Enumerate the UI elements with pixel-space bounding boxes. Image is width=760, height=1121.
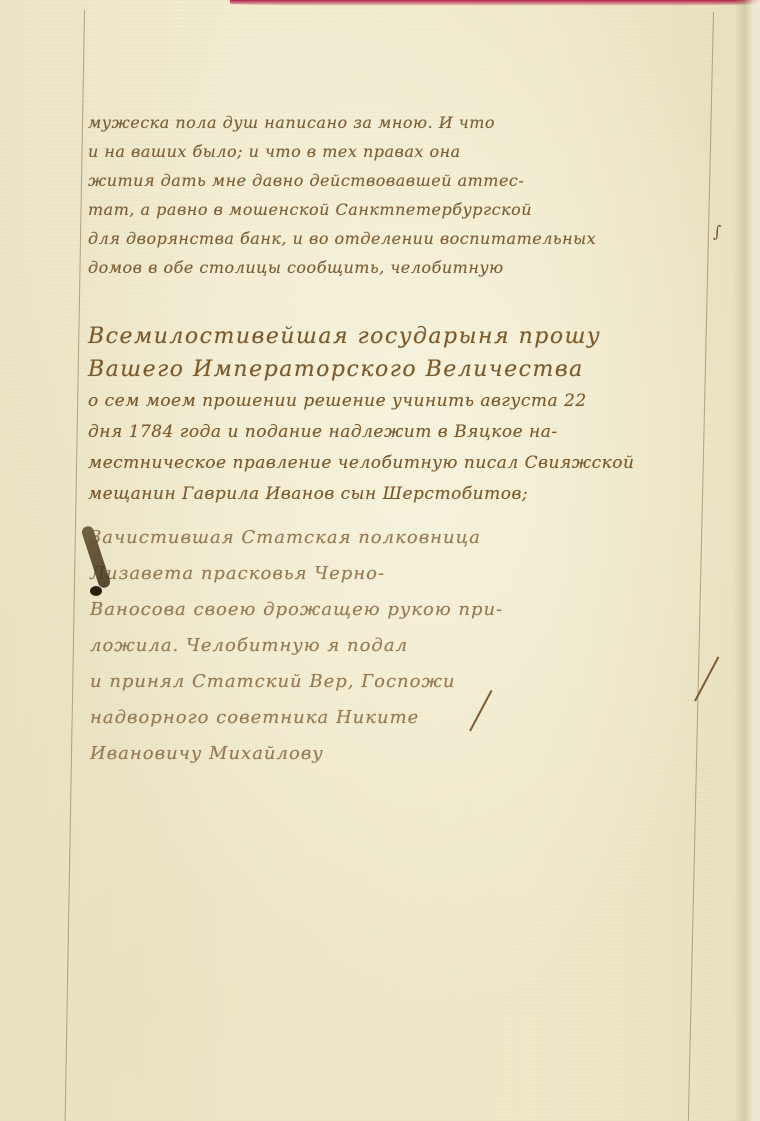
- text-line: мужеска пола душ написано за мною. И что: [88, 108, 728, 137]
- margin-flourish: ∫: [713, 222, 721, 241]
- text-line: мещанин Гаврила Иванов сын Шерстобитов;: [88, 479, 728, 510]
- signature-line: Ивановичу Михайлову: [90, 736, 730, 772]
- petition-closing-block: мужеска пола душ написано за мною. И что…: [88, 108, 728, 282]
- signature-line: надворного советника Никите: [90, 700, 730, 736]
- signature-line: и принял Статский Вер, Госпожи: [90, 664, 730, 700]
- signature-line: ложила. Челобитную я подал: [90, 628, 730, 664]
- imperial-address-block: Всемилостивейшая государыня прошу Вашего…: [88, 320, 728, 510]
- text-line: и на ваших было; и что в тех правах она: [88, 137, 728, 166]
- text-line: для дворянства банк, и во отделении восп…: [88, 224, 728, 253]
- text-line: о сем моем прошении решение учинить авгу…: [88, 386, 728, 417]
- salutation-line: Вашего Императорского Величества: [88, 353, 728, 386]
- signature-line: Ваносова своею дрожащею рукою при-: [90, 592, 730, 628]
- text-line: местническое правление челобитную писал …: [88, 448, 728, 479]
- signature-line: Зачистившая Статская полковница: [90, 520, 730, 556]
- left-margin-rule: [65, 10, 85, 1121]
- text-line: жития дать мне давно действовавшей аттес…: [88, 166, 728, 195]
- red-page-edge: [230, 0, 760, 6]
- text-line: тат, а равно в мошенской Санктпетербургс…: [88, 195, 728, 224]
- text-line: дня 1784 года и подание надлежит в Вяцко…: [88, 417, 728, 448]
- text-line: домов в обе столицы сообщить, челобитную: [88, 253, 728, 282]
- salutation-line: Всемилостивейшая государыня прошу: [88, 320, 728, 353]
- manuscript-page: мужеска пола душ написано за мною. И что…: [0, 0, 760, 1121]
- binding-shadow: [734, 0, 760, 1121]
- ink-blot-dot: [90, 586, 102, 596]
- signature-block: Зачистившая Статская полковница Лизавета…: [90, 520, 730, 772]
- signature-line: Лизавета прасковья Черно-: [90, 556, 730, 592]
